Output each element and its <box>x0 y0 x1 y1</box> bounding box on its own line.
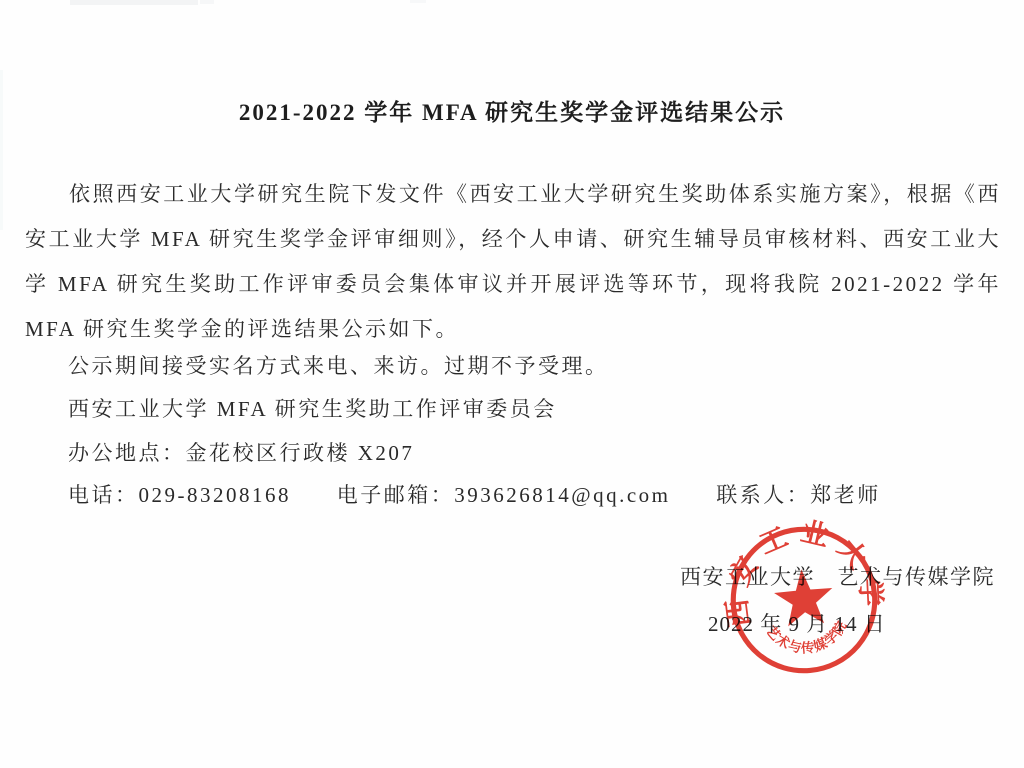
phone-text: 电话：029-83208168 <box>68 483 291 507</box>
notice-line: 公示期间接受实名方式来电、来访。过期不予受理。 <box>24 351 1000 381</box>
contact-line: 电话：029-83208168 电子邮箱：393626814@qq.com 联系… <box>24 480 1000 510</box>
scan-artifact <box>70 0 198 5</box>
scan-artifact <box>410 0 426 3</box>
seal-graphic: 西安工业大学 艺术与传媒学院 <box>715 511 893 689</box>
contact-person-text: 联系人：郑老师 <box>716 483 881 507</box>
committee-line: 西安工业大学 MFA 研究生奖助工作评审委员会 <box>24 394 1000 424</box>
body-paragraph: 依照西安工业大学研究生院下发文件《西安工业大学研究生奖助体系实施方案》，根据《西… <box>25 172 1001 352</box>
scan-artifact <box>200 0 214 4</box>
seal-college-text: 艺术与传媒学院 <box>762 616 852 659</box>
star-icon <box>772 567 835 628</box>
document-title: 2021-2022 学年 MFA 研究生奖学金评选结果公示 <box>0 94 1024 127</box>
email-text: 电子邮箱：393626814@qq.com <box>337 483 671 507</box>
official-seal: 西安工业大学 艺术与传媒学院 <box>715 511 893 689</box>
document-page: 2021-2022 学年 MFA 研究生奖学金评选结果公示 依照西安工业大学研究… <box>0 0 1024 768</box>
office-location-line: 办公地点：金花校区行政楼 X207 <box>24 438 1000 468</box>
